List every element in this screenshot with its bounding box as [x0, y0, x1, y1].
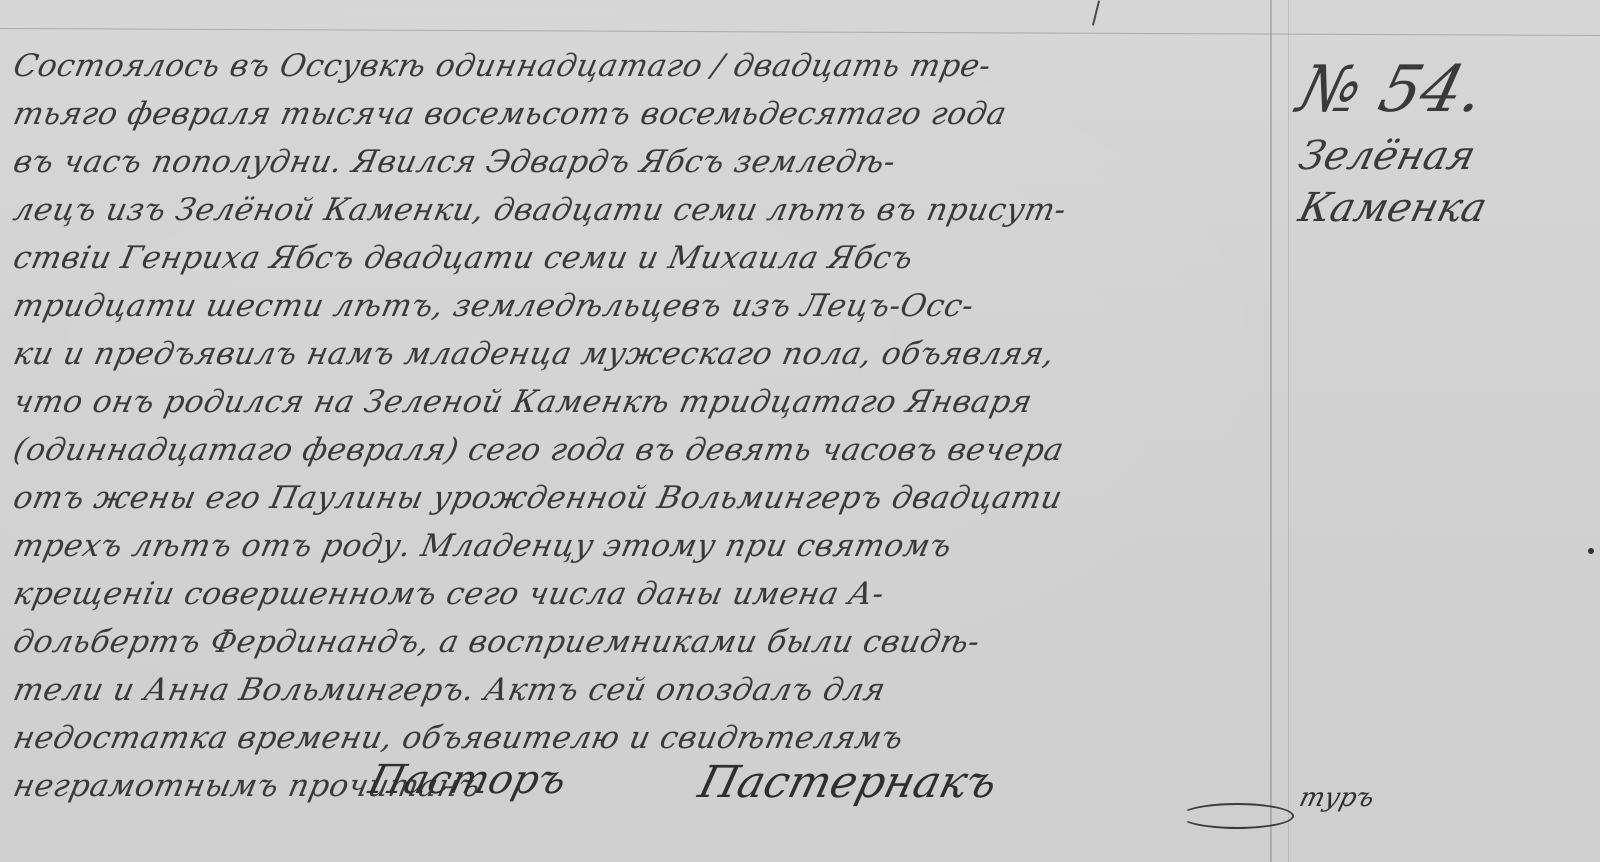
top-ruled-line — [0, 28, 1600, 36]
body-line-8: что онъ родился на Зеленой Каменкѣ тридц… — [9, 378, 1279, 426]
body-line-2: тьяго февраля тысяча восемьсотъ восемьде… — [9, 90, 1279, 138]
signature-name: Пастернакъ — [694, 757, 1003, 808]
body-line-10: отъ жены его Паулины урожденной Вольминг… — [9, 474, 1279, 522]
record-number: № 54. — [1280, 50, 1600, 130]
body-line-7: ки и предъявилъ намъ младенца мужескаго … — [9, 330, 1279, 378]
pastor-signature: Пасторъ Пастернакъ туръ — [370, 735, 1470, 835]
body-line-1: Состоялось въ Оссувкѣ одиннадцатаго / дв… — [9, 42, 1279, 90]
body-line-3: въ часъ пополудни. Явился Эдвардъ Ябсъ з… — [9, 138, 1279, 186]
record-body-text: Состоялось въ Оссувкѣ одиннадцатаго / дв… — [14, 42, 1274, 810]
body-line-6: тридцати шести лѣтъ, земледѣльцевъ изъ Л… — [9, 282, 1279, 330]
signature-title: Пасторъ — [364, 757, 571, 803]
ink-spot — [1588, 548, 1594, 554]
signature-flourish — [1180, 803, 1294, 829]
village-name-line-1: Зелёная — [1284, 130, 1597, 182]
signature-suffix: туръ — [1296, 783, 1377, 813]
margin-column: № 54. Зелёная Каменка — [1290, 50, 1590, 234]
body-line-9: (одиннадцатаго февраля) сего года въ дев… — [9, 426, 1279, 474]
body-line-14: тели и Анна Вольмингеръ. Актъ сей опозда… — [9, 666, 1279, 714]
body-line-13: дольбертъ Фердинандъ, а восприемниками б… — [9, 618, 1279, 666]
body-line-12: крещеніи совершенномъ сего числа даны им… — [9, 570, 1279, 618]
body-line-11: трехъ лѣтъ отъ роду. Младенцу этому при … — [9, 522, 1279, 570]
body-line-4: лецъ изъ Зелёной Каменки, двадцати семи … — [9, 186, 1279, 234]
village-name-line-2: Каменка — [1284, 182, 1597, 234]
scanned-register-page: Состоялось въ Оссувкѣ одиннадцатаго / дв… — [0, 0, 1600, 862]
pen-tick-mark — [1092, 0, 1100, 26]
body-line-5: ствіи Генриха Ябсъ двадцати семи и Михаи… — [9, 234, 1279, 282]
